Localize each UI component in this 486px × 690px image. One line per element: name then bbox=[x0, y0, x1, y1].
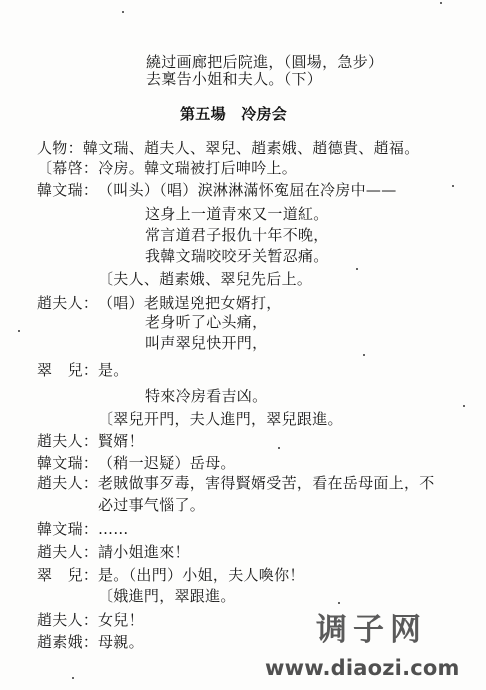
direction-text: 〔幕啓：冷房。韓文瑞被打后呻吟上。 bbox=[37, 160, 297, 176]
line-text: （稍一迟疑）岳母。 bbox=[98, 455, 236, 471]
line-text: 老賊做事歹毒，害得賢婿受苦，看在岳母面上，不 bbox=[98, 475, 435, 491]
dialogue-continuation: 必过事气惱了。 bbox=[0, 497, 486, 513]
dialogue-line: 趙夫人： 請小姐進來！ bbox=[0, 544, 486, 560]
speaker-name: 趙素娥： bbox=[37, 634, 98, 650]
dialogue-line: 趙夫人： 老賊做事歹毒，害得賢婿受苦，看在岳母面上，不 bbox=[0, 475, 486, 491]
speaker-name: 韓文瑞： bbox=[37, 455, 98, 471]
line-text: （叫头）（唱）淚淋淋滿怀寃屈在冷房中—— bbox=[98, 182, 397, 198]
speaker-name: 趙夫人： bbox=[37, 433, 98, 449]
speaker-name: 翠 兒： bbox=[37, 362, 98, 378]
scene-title: 第五場 冷房会 bbox=[180, 105, 287, 123]
line-text: 去稟告小姐和夫人。（下） bbox=[146, 71, 322, 87]
line-text: （唱）老賊逞兇把女婿打， bbox=[98, 295, 282, 311]
scan-speck bbox=[463, 405, 465, 407]
verse-line: 特來冷房看吉凶。 bbox=[0, 388, 486, 404]
dialogue-line: 韓文瑞： （稍一迟疑）岳母。 bbox=[0, 455, 486, 471]
line-text: 这身上一道青來又一道紅。 bbox=[145, 206, 329, 222]
verse-line: 我韓文瑞咬咬牙关暂忍痛。 bbox=[0, 248, 486, 264]
line-text: 請小姐進來！ bbox=[98, 544, 190, 560]
line-text: 老身听了心头痛， bbox=[145, 314, 267, 330]
line-text: 特來冷房看吉凶。 bbox=[145, 388, 267, 404]
scan-speck bbox=[356, 268, 358, 270]
watermark-title: 调子网 bbox=[316, 612, 427, 648]
verse-line: 去稟告小姐和夫人。（下） bbox=[0, 71, 486, 87]
cast-label: 人物： bbox=[37, 139, 83, 157]
dialogue-line: 韓文瑞： （叫头）（唱）淚淋淋滿怀寃屈在冷房中—— bbox=[0, 182, 486, 198]
line-text: 是。（出門）小姐，夫人喚你！ bbox=[98, 567, 305, 583]
verse-line: 这身上一道青來又一道紅。 bbox=[0, 206, 486, 222]
cast-list: 人物：韓文瑞、趙夫人、翠兒、趙素娥、趙德貴、趙福。 bbox=[0, 140, 486, 156]
speaker-name: 趙夫人： bbox=[37, 544, 98, 560]
line-text: 是。 bbox=[98, 362, 129, 378]
scan-speck bbox=[18, 330, 20, 332]
cast-line: 人物：韓文瑞、趙夫人、翠兒、趙素娥、趙德貴、趙福。 bbox=[37, 140, 420, 156]
stage-direction: 〔夫人、趙素娥、翠兒先后上。 bbox=[0, 271, 486, 287]
watermark-url: www.diaozi.com bbox=[265, 656, 460, 680]
direction-text: 〔翠兒开門，夫人進門，翠兒跟進。 bbox=[98, 411, 343, 427]
direction-text: 〔娥進門，翠跟進。 bbox=[98, 588, 236, 604]
speaker-name: 趙夫人： bbox=[37, 612, 98, 628]
scan-speck bbox=[122, 11, 124, 13]
line-text: 賢婿！ bbox=[98, 433, 144, 449]
line-text: 我韓文瑞咬咬牙关暂忍痛。 bbox=[145, 248, 329, 264]
verse-line: 常言道君子报仇十年不晚， bbox=[0, 227, 486, 243]
line-text: 母親。 bbox=[98, 634, 144, 650]
speaker-name: 趙夫人： bbox=[37, 295, 98, 311]
dialogue-line: 趙夫人： （唱）老賊逞兇把女婿打， bbox=[0, 295, 486, 311]
line-text: …… bbox=[98, 521, 129, 537]
speaker-name: 翠 兒： bbox=[37, 567, 98, 583]
speaker-name: 韓文瑞： bbox=[37, 182, 98, 198]
stage-direction: 〔娥進門，翠跟進。 bbox=[0, 588, 486, 604]
verse-line: 繞过画廊把后院進，（圓場，急步） bbox=[0, 54, 486, 70]
line-text: 女兒！ bbox=[98, 612, 144, 628]
line-text: 叫声翠兒快开門， bbox=[145, 335, 267, 351]
scan-speck bbox=[440, 2, 442, 4]
line-text: 常言道君子报仇十年不晚， bbox=[145, 227, 329, 243]
line-text: 繞过画廊把后院進，（圓場，急步） bbox=[146, 54, 383, 70]
stage-direction: 〔幕啓：冷房。韓文瑞被打后呻吟上。 bbox=[0, 160, 486, 176]
dialogue-line: 翠 兒： 是。（出門）小姐，夫人喚你！ bbox=[0, 567, 486, 583]
speaker-name: 趙夫人： bbox=[37, 475, 98, 491]
dialogue-line: 韓文瑞： …… bbox=[0, 521, 486, 537]
scanned-script-page: 繞过画廊把后院進，（圓場，急步） 去稟告小姐和夫人。（下） 第五場 冷房会 人物… bbox=[0, 0, 486, 690]
direction-text: 〔夫人、趙素娥、翠兒先后上。 bbox=[98, 271, 312, 287]
cast-members: 韓文瑞、趙夫人、翠兒、趙素娥、趙德貴、趙福。 bbox=[83, 139, 420, 157]
scan-speck bbox=[363, 354, 365, 356]
stage-direction: 〔翠兒开門，夫人進門，翠兒跟進。 bbox=[0, 411, 486, 427]
dialogue-line: 翠 兒： 是。 bbox=[0, 362, 486, 378]
dialogue-line: 趙夫人： 賢婿！ bbox=[0, 433, 486, 449]
verse-line: 老身听了心头痛， bbox=[0, 314, 486, 330]
line-text: 必过事气惱了。 bbox=[98, 497, 205, 513]
scan-speck bbox=[72, 677, 74, 679]
speaker-name: 韓文瑞： bbox=[37, 521, 98, 537]
verse-line: 叫声翠兒快开門， bbox=[0, 335, 486, 351]
